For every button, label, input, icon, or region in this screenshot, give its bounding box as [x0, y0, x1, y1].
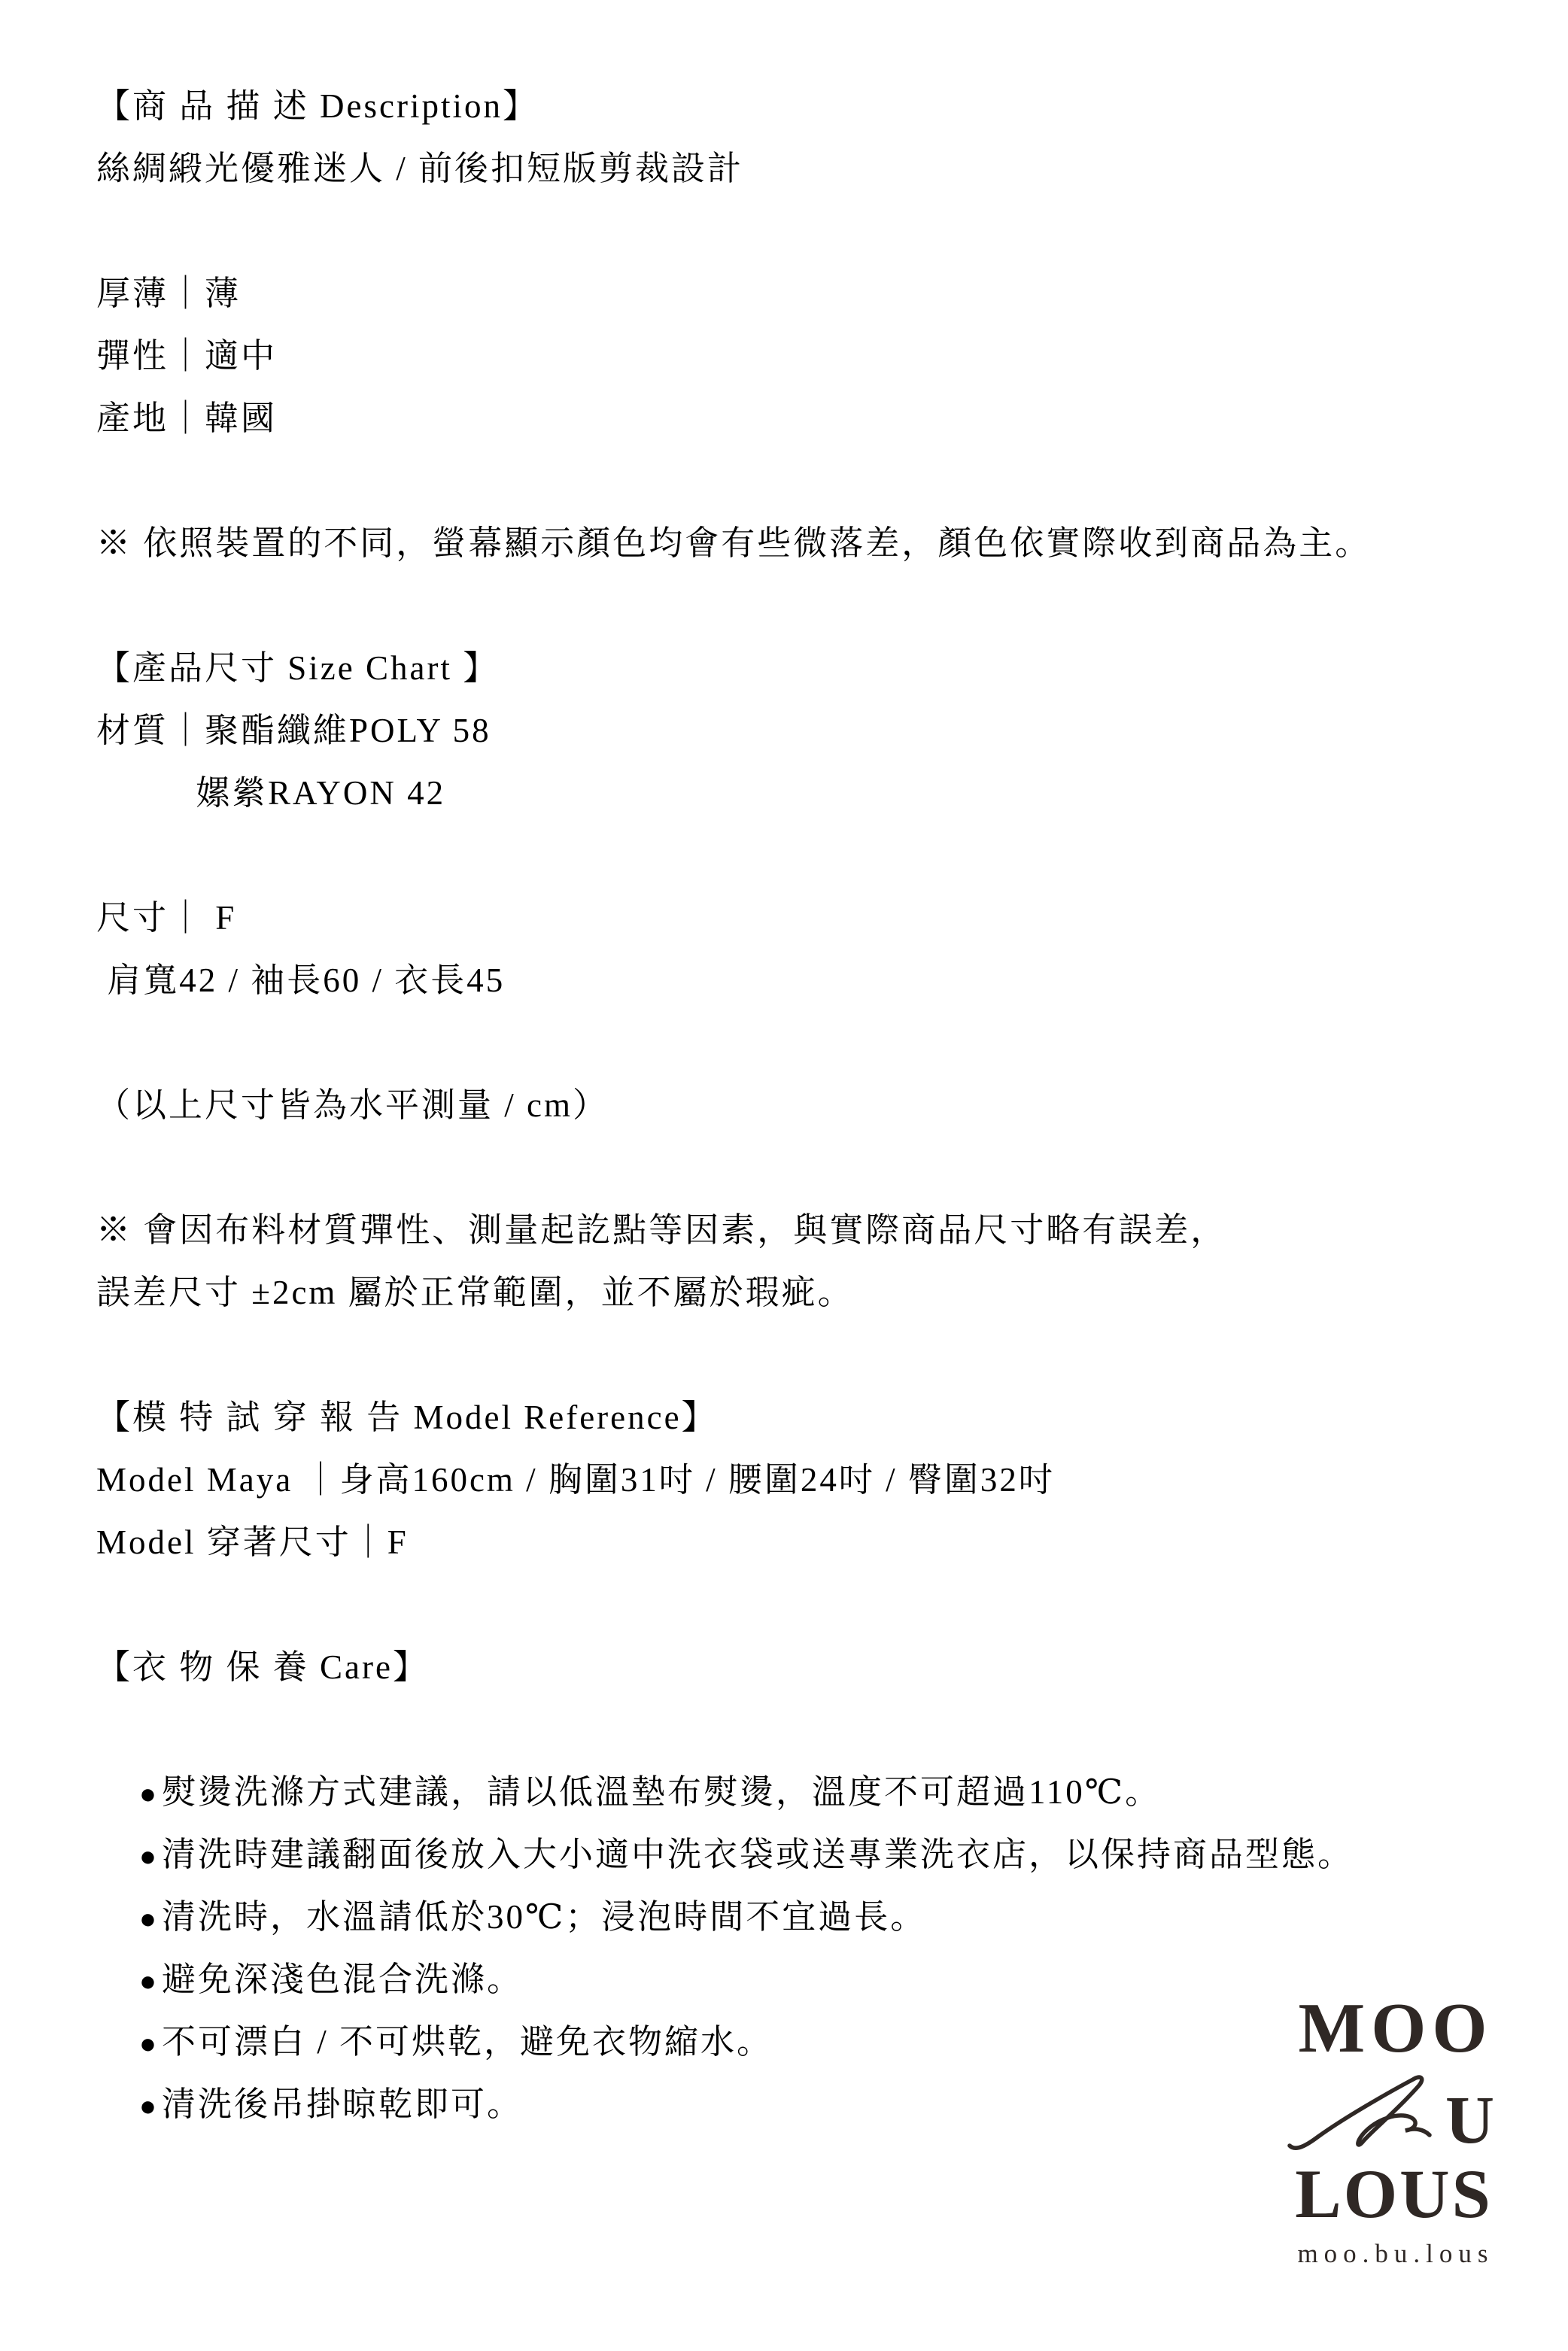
bullet-icon: ● — [139, 1841, 159, 1873]
bullet-icon: ● — [139, 1903, 159, 1935]
size-label: 尺寸｜ F — [96, 887, 1488, 949]
spec-origin: 產地｜韓國 — [96, 387, 1488, 450]
care-heading: 【衣 物 保 養 Care】 — [96, 1636, 1488, 1699]
brand-logo-middle-row: U — [1288, 2070, 1497, 2164]
product-info-page: { "page": { "background": "#ffffff", "te… — [0, 0, 1568, 2351]
measurement-note: （以上尺寸皆為水平測量 / cm） — [96, 1074, 1488, 1137]
product-info-content: 【商 品 描 述 Description】 絲綢緞光優雅迷人 / 前後扣短版剪裁… — [96, 75, 1488, 2073]
brand-wordmark-u: U — [1445, 2087, 1494, 2155]
care-item-text: 熨燙洗滌方式建議，請以低溫墊布熨燙，溫度不可超過110℃。 — [162, 1773, 1161, 1811]
model-wearing-size: Model 穿著尺寸｜F — [96, 1511, 1488, 1574]
cursive-bu-script-icon — [1285, 2070, 1436, 2164]
model-reference-heading: 【模 特 試 穿 報 告 Model Reference】 — [96, 1387, 1488, 1449]
spec-thickness: 厚薄｜薄 — [96, 263, 1488, 325]
tolerance-note-line-1: ※ 會因布料材質彈性、測量起訖點等因素，與實際商品尺寸略有誤差， — [96, 1199, 1488, 1262]
care-item-text: 清洗時建議翻面後放入大小適中洗衣袋或送專業洗衣店，以保持商品型態。 — [162, 1836, 1354, 1873]
material-line-2: 嫘縈RAYON 42 — [96, 762, 1488, 825]
tolerance-note-line-2: 誤差尺寸 ±2cm 屬於正常範圍，並不屬於瑕疵。 — [96, 1262, 1488, 1324]
care-item-text: 清洗時，水溫請低於30℃；浸泡時間不宜過長。 — [162, 1898, 926, 1936]
bullet-icon: ● — [139, 1778, 159, 1810]
brand-logo: MOO U LOUS moo.bu.lous — [1288, 2004, 1497, 2269]
size-chart-heading: 【產品尺寸 Size Chart 】 — [96, 637, 1488, 700]
care-item-text: 不可漂白 / 不可烘乾，避免衣物縮水。 — [162, 2023, 773, 2061]
product-tagline: 絲綢緞光優雅迷人 / 前後扣短版剪裁設計 — [96, 138, 1488, 200]
material-line-1: 材質｜聚酯纖維POLY 58 — [96, 700, 1488, 762]
bullet-icon: ● — [139, 1966, 159, 1997]
care-item-text: 避免深淺色混合洗滌。 — [162, 1961, 523, 1998]
brand-handle: moo.bu.lous — [1288, 2239, 1497, 2269]
description-heading: 【商 品 描 述 Description】 — [96, 75, 1488, 138]
model-stats: Model Maya ｜身高160cm / 胸圍31吋 / 腰圍24吋 / 臀圍… — [96, 1449, 1488, 1511]
spec-elasticity: 彈性｜適中 — [96, 325, 1488, 387]
color-disclaimer: ※ 依照裝置的不同，螢幕顯示顏色均會有些微落差，顏色依實際收到商品為主。 — [96, 512, 1488, 575]
care-item-text: 清洗後吊掛晾乾即可。 — [162, 2085, 523, 2123]
brand-wordmark-moo: MOO — [1288, 1998, 1497, 2058]
bullet-icon: ● — [139, 2028, 159, 2060]
bullet-icon: ● — [139, 2091, 159, 2122]
measurements: 肩寬42 / 袖長60 / 衣長45 — [96, 949, 1488, 1012]
brand-wordmark-lous: LOUS — [1288, 2164, 1497, 2224]
care-item: ●熨燙洗滌方式建議，請以低溫墊布熨燙，溫度不可超過110℃。 — [96, 1699, 1488, 1761]
